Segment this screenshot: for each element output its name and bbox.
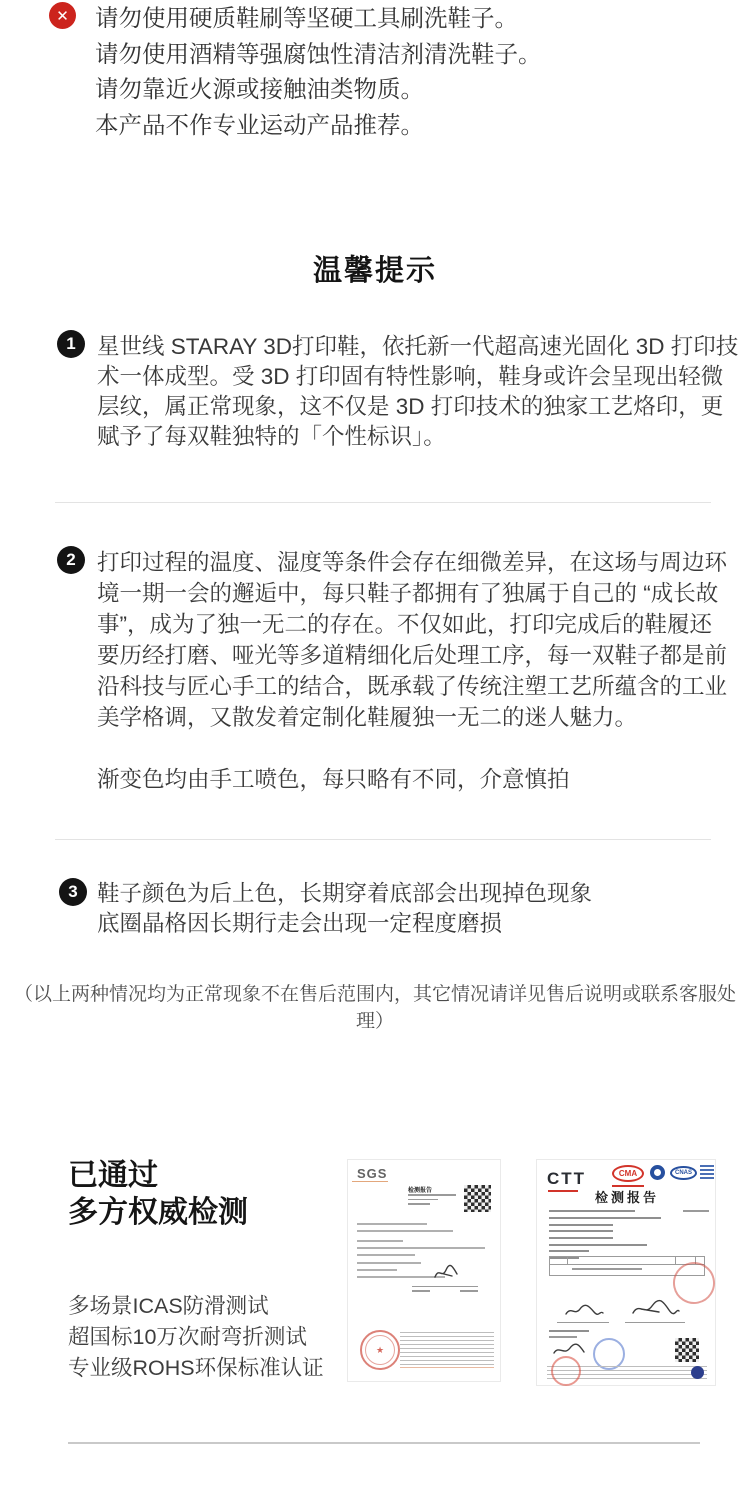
text-line: 多方权威检测 <box>68 1194 248 1231</box>
report-title-large: 检测报告 <box>537 1187 717 1206</box>
signature-scribble <box>629 1298 681 1320</box>
certification-test-list: 多场景ICAS防滑测试超国标10万次耐弯折测试专业级ROHS环保标准认证 <box>68 1291 324 1384</box>
product-description-page: ✕ 请勿使用硬质鞋刷等坚硬工具刷洗鞋子。请勿使用酒精等强腐蚀性清洁剂清洗鞋子。请… <box>0 0 750 1500</box>
caption-line <box>549 1336 577 1338</box>
text-line: 请勿使用硬质鞋刷等坚硬工具刷洗鞋子。 <box>95 1 542 37</box>
text-line: 本产品不作专业运动产品推荐。 <box>95 108 542 144</box>
report-title-small: 检测报告 <box>408 1185 432 1194</box>
accreditation-ring-icon <box>650 1165 665 1180</box>
sgs-logo: SGS <box>357 1166 387 1181</box>
tip-3-number-badge: 3 <box>59 878 87 906</box>
signature-line <box>412 1286 478 1287</box>
signature-line <box>625 1322 685 1323</box>
tips-section-title: 温馨提示 <box>0 248 750 289</box>
tip-2-extra-note: 渐变色均由手工喷色，每只略有不同，介意慎拍 <box>97 762 570 794</box>
tip-2-number-badge: 2 <box>57 546 85 574</box>
x-circle-icon: ✕ <box>49 2 76 29</box>
text-line: 鞋子颜色为后上色，长期穿着底部会出现掉色现象 <box>97 879 717 909</box>
report-page-lines <box>683 1210 709 1215</box>
text-line: 美学格调，又散发着定制化鞋履独一无二的迷人魅力。 <box>97 702 717 733</box>
ctt-certificate-image: CTT CMA CNAS 检测报告 <box>536 1159 716 1386</box>
ctt-logo: CTT <box>547 1169 586 1189</box>
bottom-divider <box>68 1442 700 1444</box>
text-line: 境一期一会的邂逅中，每只鞋子都拥有了独属于自己的 “成长故 <box>97 578 717 609</box>
tip-1-number-badge: 1 <box>57 330 85 358</box>
cma-badge-icon: CMA <box>612 1165 644 1182</box>
badge-side-text-lines <box>700 1165 714 1181</box>
text-line: 多场景ICAS防滑测试 <box>68 1291 324 1322</box>
tip-1-paragraph: 星世线 STARAY 3D打印鞋，依托新一代超高速光固化 3D 打印技术一体成型… <box>97 332 717 452</box>
text-line: 事”，成为了独一无二的存在。不仅如此，打印完成后的鞋履还 <box>97 609 717 640</box>
tip-3-paragraph: 鞋子颜色为后上色，长期穿着底部会出现掉色现象底圈晶格因长期行走会出现一定程度磨损 <box>97 879 717 939</box>
fine-print-block <box>400 1332 494 1368</box>
cnas-badge-icon: CNAS <box>670 1166 697 1180</box>
sgs-logo-accent-line <box>352 1181 388 1182</box>
text-line: 星世线 STARAY 3D打印鞋，依托新一代超高速光固化 3D 打印技 <box>97 332 717 362</box>
text-line: 专业级ROHS环保标准认证 <box>68 1353 324 1384</box>
divider <box>55 839 711 840</box>
qr-code-icon <box>464 1185 491 1212</box>
signature-caption <box>412 1290 430 1292</box>
text-line: 请勿使用酒精等强腐蚀性清洁剂清洗鞋子。 <box>95 37 542 73</box>
signature-scribble <box>432 1264 460 1282</box>
red-seal-stamp-icon: ★ <box>360 1330 400 1370</box>
stamp-star: ★ <box>365 1335 395 1365</box>
divider <box>55 502 711 503</box>
text-line: 赋予了每双鞋独特的「个性标识」。 <box>97 422 717 452</box>
report-body-lines <box>357 1223 487 1283</box>
text-line: 沿科技与匠心手工的结合，既承载了传统注塑工艺所蕴含的工业 <box>97 671 717 702</box>
certification-heading: 已通过多方权威检测 <box>68 1157 248 1231</box>
text-line: 术一体成型。受 3D 打印固有特性影响，鞋身或许会呈现出轻微 <box>97 362 717 392</box>
tip-2-paragraph: 打印过程的温度、湿度等条件会存在细微差异，在这场与周边环境一期一会的邂逅中，每只… <box>97 547 717 733</box>
text-line: 底圈晶格因长期行走会出现一定程度磨损 <box>97 909 717 939</box>
text-line: 请勿靠近火源或接触油类物质。 <box>95 72 542 108</box>
red-seal-stamp-icon <box>551 1356 581 1386</box>
emblem-icon <box>691 1366 704 1379</box>
caption-line <box>549 1330 589 1332</box>
sgs-certificate-image: SGS 检测报告 ★ <box>347 1159 501 1382</box>
text-line: 打印过程的温度、湿度等条件会存在细微差异，在这场与周边环 <box>97 547 717 578</box>
signature-scribble <box>563 1302 605 1320</box>
warning-list: 请勿使用硬质鞋刷等坚硬工具刷洗鞋子。请勿使用酒精等强腐蚀性清洁剂清洗鞋子。请勿靠… <box>95 1 542 143</box>
after-sales-note: （以上两种情况均为正常现象不在售后范围内，其它情况请详见售后说明或联系客服处理） <box>0 979 750 1033</box>
report-header-lines <box>408 1194 460 1208</box>
text-line: 要历经打磨、哑光等多道精细化后处理工序，每一双鞋子都是前 <box>97 640 717 671</box>
signature-line <box>557 1322 609 1323</box>
text-line: 超国标10万次耐弯折测试 <box>68 1322 324 1353</box>
qr-code-icon <box>675 1338 699 1362</box>
text-line: 已通过 <box>68 1157 248 1194</box>
date-caption <box>460 1290 478 1292</box>
text-line: 层纹，属正常现象，这不仅是 3D 打印技术的独家工艺烙印，更 <box>97 392 717 422</box>
